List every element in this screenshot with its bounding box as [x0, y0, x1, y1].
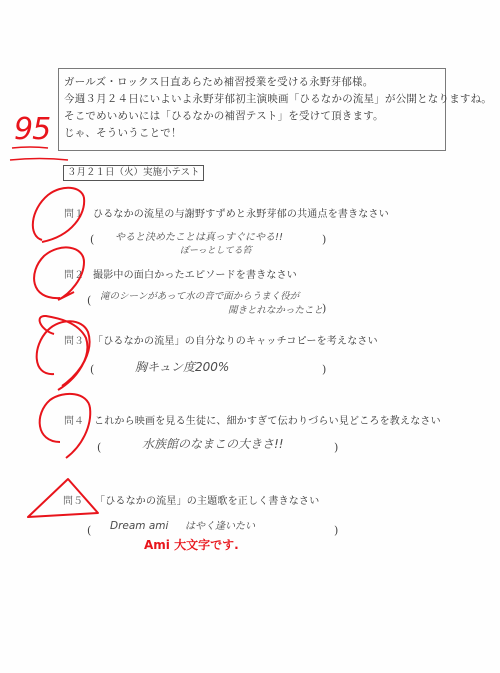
paren-close: )	[334, 441, 338, 454]
intro-line: 今週３月２４日にいよいよ永野芽郁初主演映画「ひるなかの流星」が公開となりますね。	[64, 91, 445, 108]
paren-open: (	[90, 363, 94, 376]
answer-2-line-1: 滝のシーンがあって水の音で面からうまく役が	[100, 288, 299, 302]
paren-close: )	[322, 363, 326, 376]
test-sheet: ガールズ・ロックス日直あらため補習授業を受ける永野芽郁様。 今週３月２４日にいよ…	[0, 0, 500, 673]
intro-line: ガールズ・ロックス日直あらため補習授業を受ける永野芽郁様。	[64, 74, 445, 91]
question-5-label: 問５	[63, 492, 83, 507]
question-1-text: ひるなかの流星の与謝野すずめと永野芽郁の共通点を書きなさい	[93, 205, 389, 220]
answer-5-part-2: はやく逢いたい	[185, 517, 255, 532]
paren-open: (	[97, 441, 101, 454]
answer-4: 水族館のなまこの大きさ!!	[142, 435, 284, 452]
question-3-text: 「ひるなかの流星」の自分なりのキャッチコピーを考えなさい	[93, 332, 378, 347]
intro-line: じゃ、そういうことで！	[64, 125, 445, 142]
question-2-label: 問２	[64, 266, 84, 281]
question-3-label: 問３	[64, 332, 84, 347]
answer-2-line-2: 聞きとれなかったこと	[228, 302, 323, 316]
intro-line: そこでめいめいには「ひるなかの補習テスト」を受けて頂きます。	[64, 108, 445, 125]
paren-open: (	[87, 294, 91, 307]
answer-1-line-1: やると決めたことは真っすぐにやる!!	[115, 228, 283, 243]
correction-note: Ami 大文字です.	[144, 536, 239, 553]
paren-close: )	[334, 524, 338, 537]
intro-box: ガールズ・ロックス日直あらため補習授業を受ける永野芽郁様。 今週３月２４日にいよ…	[58, 68, 446, 151]
answer-1-line-2: ぼーっとしてる笞	[180, 243, 252, 256]
answer-3: 胸キュン度200%	[135, 358, 229, 375]
answer-5-part-1: Dream ami	[110, 520, 168, 532]
score: 95	[14, 112, 50, 147]
paren-open: (	[87, 524, 91, 537]
question-4-text: これから映画を見る生徒に、細かすぎて伝わりづらい見どころを教えなさい	[94, 412, 441, 427]
correct-circle-icon	[40, 316, 88, 390]
section-label: ３月２１日（火）実施小テスト	[63, 165, 204, 181]
question-1-label: 問１	[64, 205, 84, 220]
paren-close: )	[322, 233, 326, 246]
question-4-label: 問４	[64, 412, 84, 427]
paren-open: (	[90, 233, 94, 246]
question-5-text: 「ひるなかの流星」の主題歌を正しく書きなさい	[95, 492, 319, 507]
question-2-text: 撮影中の面白かったエピソードを書きなさい	[93, 266, 297, 281]
